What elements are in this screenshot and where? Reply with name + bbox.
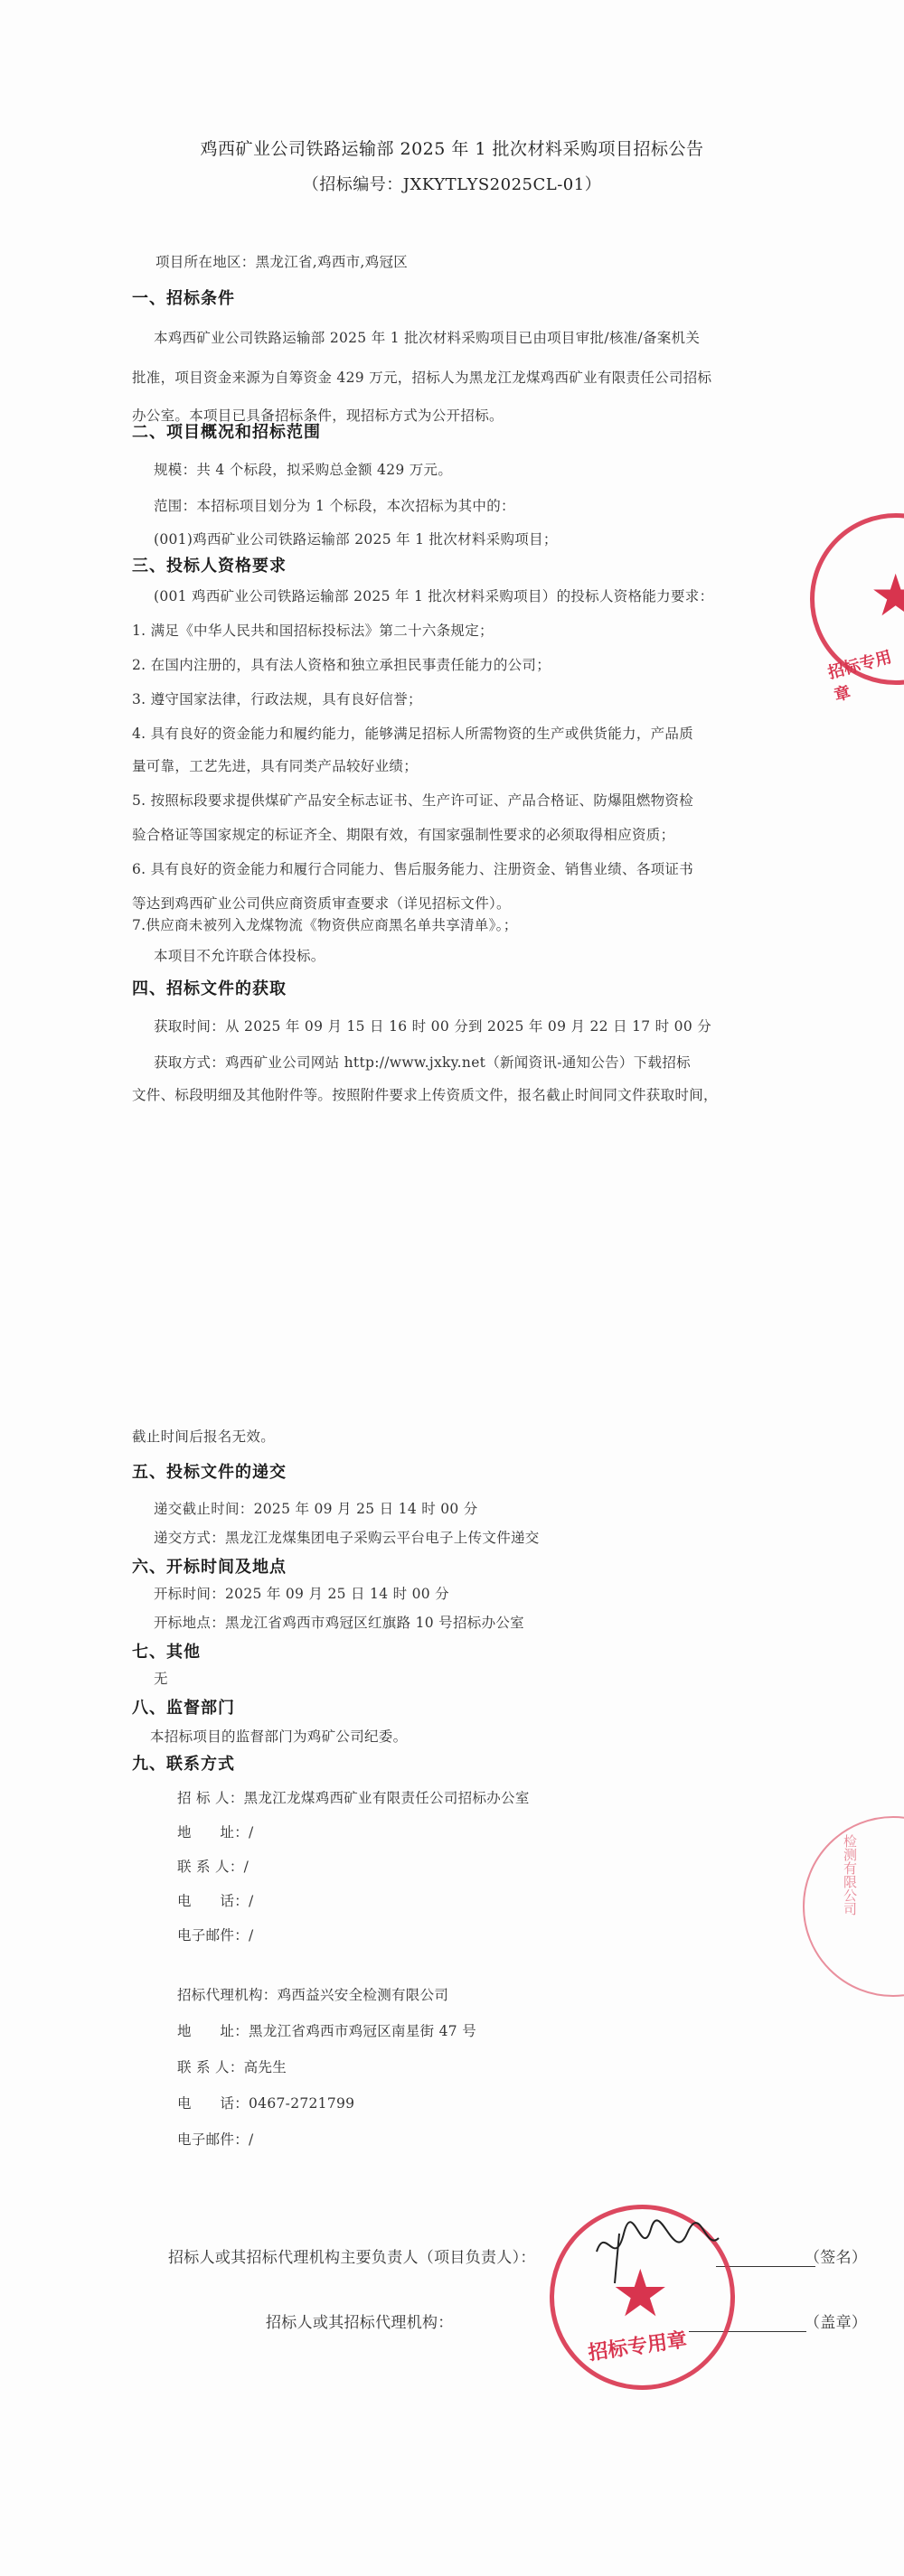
field-label: 电子邮件： <box>177 1927 249 1944</box>
document-obtain-method: 文件、标段明细及其他附件等。按照附件要求上传资质文件，报名截止时间同文件获取时间… <box>132 1084 718 1104</box>
tenderer-contact-row: 联 系 人：/ <box>177 1856 249 1876</box>
field-label: 电 话： <box>177 1893 249 1909</box>
field-label: 联 系 人： <box>177 1859 244 1875</box>
handwritten-signature <box>588 2215 723 2288</box>
field-value: / <box>249 1824 254 1841</box>
section-5-heading: 五、投标文件的递交 <box>132 1459 287 1483</box>
signature-line <box>716 2266 815 2267</box>
agency-contact-row: 联 系 人：高先生 <box>177 2056 287 2076</box>
field-label: 地 址： <box>177 2023 249 2039</box>
tenderer-email-row: 电子邮件：/ <box>177 1925 254 1944</box>
field-value: 鸡西益兴安全检测有限公司 <box>278 1987 449 2003</box>
field-value: 高先生 <box>244 2059 287 2075</box>
document-obtain-method: 截止时间后报名无效。 <box>132 1426 275 1446</box>
section-9-heading: 九、联系方式 <box>132 1751 235 1775</box>
section-8-heading: 八、监督部门 <box>132 1695 235 1719</box>
partial-seal-text: 检测有限公司 <box>841 1834 860 1916</box>
tenderer-address-row: 地 址：/ <box>177 1822 254 1841</box>
document-obtain-time: 获取时间：从 2025 年 09 月 15 日 16 时 00 分到 2025 … <box>154 1016 711 1035</box>
star-icon: ★ <box>870 567 904 625</box>
section-1-para: 本鸡西矿业公司铁路运输部 2025 年 1 批次材料采购项目已由项目审批/核准/… <box>154 327 700 347</box>
section-6-heading: 六、开标时间及地点 <box>132 1554 287 1578</box>
qualification-intro: (001 鸡西矿业公司铁路运输部 2025 年 1 批次材料采购项目）的投标人资… <box>154 585 713 605</box>
field-value: 0467-2721799 <box>249 2095 354 2112</box>
tender-code: （招标编号：JXKYTLYS2025CL-01） <box>0 172 904 195</box>
section-1-heading: 一、招标条件 <box>132 286 235 309</box>
submission-deadline: 递交截止时间：2025 年 09 月 25 日 14 时 00 分 <box>154 1498 478 1518</box>
qualification-item: 验合格证等国家规定的标证齐全、期限有效，有国家强制性要求的必须取得相应资质； <box>132 824 674 844</box>
section-2-heading: 二、项目概况和招标范围 <box>132 419 321 443</box>
field-label: 电子邮件： <box>177 2131 249 2148</box>
tenderer-name-row: 招 标 人：黑龙江龙煤鸡西矿业有限责任公司招标办公室 <box>177 1787 530 1807</box>
project-region: 项目所在地区：黑龙江省,鸡西市,鸡冠区 <box>155 251 408 271</box>
section-7-heading: 七、其他 <box>132 1639 201 1663</box>
qualification-item: 6. 具有良好的资金能力和履行合同能力、售后服务能力、注册资金、销售业绩、各项证… <box>132 858 693 878</box>
document-title: 鸡西矿业公司铁路运输部 2025 年 1 批次材料采购项目招标公告 <box>0 136 904 160</box>
qualification-item: 5. 按照标段要求提供煤矿产品安全标志证书、生产许可证、产品合格证、防爆阻燃物资… <box>132 790 693 810</box>
field-value: / <box>244 1859 250 1875</box>
qualification-item: 2. 在国内注册的，具有法人资格和独立承担民事责任能力的公司； <box>132 654 551 674</box>
other-content: 无 <box>154 1668 168 1688</box>
opening-place: 开标地点：黑龙江省鸡西市鸡冠区红旗路 10 号招标办公室 <box>154 1612 524 1632</box>
seal-suffix: （盖章） <box>805 2309 867 2332</box>
signature-suffix: （签名） <box>805 2244 867 2267</box>
seal-label: 招标人或其招标代理机构： <box>266 2309 454 2332</box>
scope-text: 范围：本招标项目划分为 1 个标段，本次招标为其中的： <box>154 495 515 515</box>
field-value: 黑龙江龙煤鸡西矿业有限责任公司招标办公室 <box>244 1790 530 1806</box>
tenderer-phone-row: 电 话：/ <box>177 1890 254 1910</box>
field-value: 黑龙江省鸡西市鸡冠区南星街 47 号 <box>249 2023 476 2039</box>
qualification-item: 3. 遵守国家法律，行政法规，具有良好信誉； <box>132 688 422 708</box>
document-obtain-method: 获取方式：鸡西矿业公司网站 http://www.jxky.net（新闻资讯-通… <box>154 1052 691 1072</box>
section-3-heading: 三、投标人资格要求 <box>132 553 287 576</box>
opening-time: 开标时间：2025 年 09 月 25 日 14 时 00 分 <box>154 1583 449 1603</box>
field-label: 联 系 人： <box>177 2059 244 2075</box>
qualification-item: 1. 满足《中华人民共和国招标投标法》第二十六条规定； <box>132 620 494 640</box>
scale-text: 规模：共 4 个标段，拟采购总金额 429 万元。 <box>154 459 452 479</box>
qualification-item: 等达到鸡西矿业公司供应商资质审查要求（详见招标文件）。 <box>132 893 511 913</box>
field-value: / <box>249 1893 254 1909</box>
field-label: 招标代理机构： <box>177 1987 278 2003</box>
supervision-content: 本招标项目的监督部门为鸡矿公司纪委。 <box>150 1726 407 1746</box>
section-4-heading: 四、招标文件的获取 <box>132 976 287 999</box>
agency-email-row: 电子邮件：/ <box>177 2129 254 2149</box>
field-value: / <box>249 1927 254 1944</box>
field-label: 电 话： <box>177 2095 249 2112</box>
agency-phone-row: 电 话：0467-2721799 <box>177 2093 354 2112</box>
section-1-para: 批准，项目资金来源为自筹资金 429 万元，招标人为黑龙江龙煤鸡西矿业有限责任公… <box>132 367 711 387</box>
qualification-item: 量可靠，工艺先进，具有同类产品较好业绩； <box>132 755 418 775</box>
submission-method: 递交方式：黑龙江龙煤集团电子采购云平台电子上传文件递交 <box>154 1527 540 1547</box>
qualification-item: 7.供应商未被列入龙煤物流《物资供应商黑名单共享清单》。； <box>132 914 518 934</box>
qualification-item: 4. 具有良好的资金能力和履约能力，能够满足招标人所需物资的生产或供货能力，产品… <box>132 723 693 743</box>
lot-text: (001)鸡西矿业公司铁路运输部 2025 年 1 批次材料采购项目； <box>154 529 558 548</box>
consortium-note: 本项目不允许联合体投标。 <box>154 945 325 965</box>
field-label: 地 址： <box>177 1824 249 1841</box>
agency-address-row: 地 址：黑龙江省鸡西市鸡冠区南星街 47 号 <box>177 2020 476 2040</box>
signature-label: 招标人或其招标代理机构主要负责人（项目负责人）： <box>168 2244 536 2267</box>
field-label: 招 标 人： <box>177 1790 244 1806</box>
agency-name-row: 招标代理机构：鸡西益兴安全检测有限公司 <box>177 1984 448 2004</box>
field-value: / <box>249 2131 254 2148</box>
